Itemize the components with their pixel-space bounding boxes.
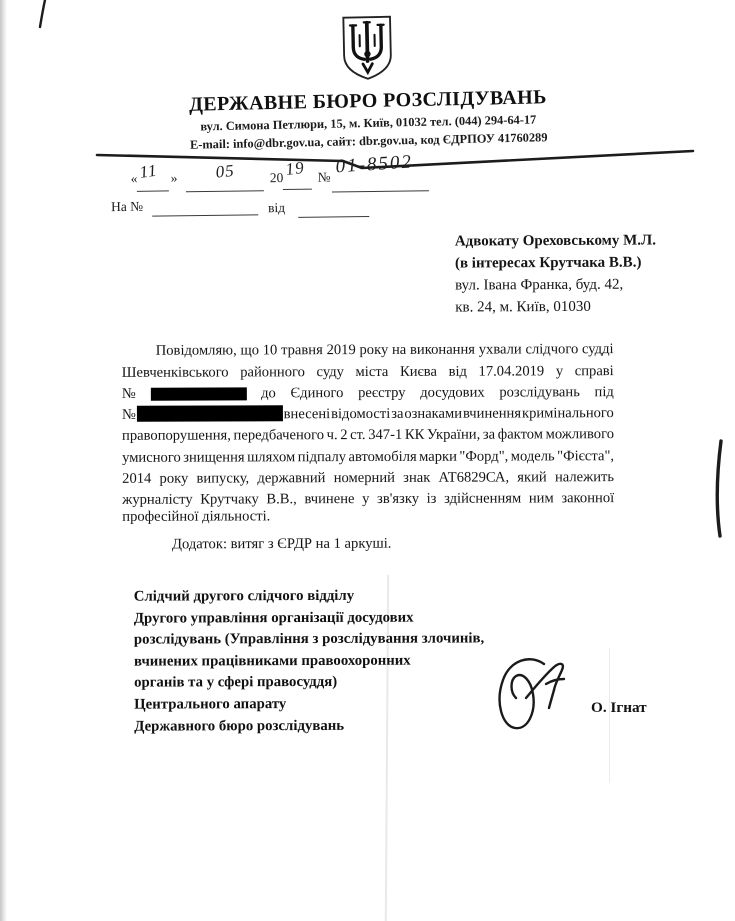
body-word: розслідувань: [499, 384, 580, 401]
body-word: Шевченківського: [122, 364, 229, 381]
ink-stroke-artifact: [717, 441, 721, 536]
body-word: до: [261, 385, 276, 402]
body-word: номерний: [334, 470, 395, 487]
body-word: за: [391, 406, 403, 423]
body-word: судді: [582, 341, 614, 358]
body-word: №: [122, 407, 136, 424]
body-word: ухвали: [479, 342, 522, 359]
body-word: ним: [529, 491, 554, 508]
handwritten-signature-icon: [488, 650, 592, 742]
body-word: травня: [281, 342, 323, 359]
body-line: Повідомляю,що10травня2019рокунавиконання…: [122, 337, 614, 360]
reference-block: « 11 » 05 20 19 № 01-8502 На № від: [0, 0, 735, 234]
body-word: 2014: [122, 471, 151, 488]
redaction-block: [137, 405, 283, 422]
close-quote: »: [171, 170, 178, 186]
body-word: знак: [403, 470, 430, 487]
body-word: районного: [240, 364, 305, 381]
body-word: під: [594, 384, 613, 401]
body-word: державний: [257, 470, 325, 487]
body-word: №: [122, 386, 136, 403]
body-word: передбаченого: [233, 428, 324, 445]
body-word: кримінального: [522, 405, 614, 422]
body-word: здійсненням: [444, 491, 521, 508]
month-blank-line: [186, 189, 264, 192]
body-word: із: [427, 491, 437, 508]
reply-number-blank-line: [152, 213, 258, 216]
body-word: на: [392, 342, 406, 359]
body-word: підпалу: [298, 449, 346, 466]
recipient-line: вул. Івана Франка, буд. 42,: [455, 273, 656, 296]
body-word: правопорушення,: [122, 428, 231, 445]
body-word: виконання: [410, 342, 475, 359]
signer-position-line: розслідувань (Управління з розслідування…: [134, 629, 484, 652]
body-word: 347-1: [368, 427, 402, 444]
body-word: журналісту: [122, 492, 192, 509]
body-word: випуску,: [197, 470, 250, 487]
body-line: №доЄдиногореєструдосудовихрозслідуваньпі…: [122, 380, 614, 403]
body-word: шляхом: [247, 449, 295, 466]
body-word: Крутчаку: [200, 492, 259, 509]
body-word: суду: [317, 364, 344, 381]
reply-date-blank-line: [298, 215, 369, 218]
signer-position-line: Державного бюро розслідувань: [134, 715, 484, 738]
handwritten-day: 11: [138, 161, 158, 183]
signer-position-line: Другого управління організації досудових: [134, 607, 484, 630]
body-word: досудових: [420, 384, 485, 401]
reply-to-label: На №: [111, 199, 143, 215]
signer-name: О. Ігнат: [591, 699, 647, 717]
body-word: 2019: [327, 342, 356, 359]
body-line: професійної діяльності.: [122, 508, 614, 531]
body-word: реєстру: [358, 385, 406, 402]
day-blank-line: [137, 189, 169, 191]
body-word: року: [359, 342, 388, 359]
body-line: правопорушення,передбаченогоч.2ст.347-1К…: [122, 422, 614, 445]
number-blank-line: [332, 189, 429, 192]
recipient-line: (в інтересах Крутчака В.В.): [455, 251, 656, 274]
recipient-line: Адвокату Ореховському М.Л.: [455, 229, 656, 252]
body-word: у: [362, 491, 369, 508]
signer-position-line: вчинених працівниками правоохоронних: [134, 650, 484, 673]
body-word: міста: [356, 364, 389, 381]
body-word: у: [556, 363, 563, 380]
body-word: належить: [555, 469, 614, 486]
body-word: 2: [340, 428, 347, 445]
body-word: України,: [427, 427, 480, 444]
redaction-block: [150, 387, 246, 400]
body-word: умисного: [122, 449, 181, 466]
signer-position-line: органів та у сфері правосуддя): [134, 672, 484, 695]
body-word: 10: [263, 343, 278, 360]
body-word: Києва: [400, 363, 437, 380]
body-word: який: [517, 469, 546, 486]
recipient-line: кв. 24, м. Київ, 01030: [455, 295, 656, 318]
scanned-letter-page: ДЕРЖАВНЕ БЮРО РОЗСЛІДУВАНЬ вул. Симона П…: [0, 0, 735, 921]
body-word: вчинене: [304, 491, 354, 508]
body-word: від: [449, 363, 467, 380]
body-word: АТ6829СА,: [439, 470, 510, 487]
body-word: законної: [561, 491, 614, 508]
attachment-line: Додаток: витяг з ЄРДР на 1 аркуші.: [172, 536, 391, 554]
body-word: "Форд",: [459, 448, 508, 465]
body-word: "Фієста",: [557, 448, 614, 465]
year-blank-line: [283, 188, 312, 190]
body-word: відомості: [331, 406, 390, 423]
handwritten-month: 05: [215, 161, 236, 183]
body-word: модель: [511, 448, 555, 465]
letter-body: Повідомляю,що10травня2019рокунавиконання…: [122, 337, 615, 530]
body-word: зв'язку: [377, 491, 419, 508]
body-word: року: [160, 471, 189, 488]
handwritten-year: 19: [285, 158, 306, 180]
body-word: справі: [575, 363, 614, 380]
reply-from-label: від: [268, 200, 285, 216]
body-line: №внесенівідомостізаознакамивчиненнякримі…: [122, 401, 614, 424]
signer-position-line: Центрального апарату: [134, 693, 484, 716]
open-quote: «: [131, 171, 138, 187]
handwritten-doc-number: 01-8502: [335, 151, 414, 178]
number-sign: №: [318, 169, 331, 185]
body-word: ч.: [327, 428, 338, 445]
body-word: ст.: [350, 427, 365, 444]
body-word: марки: [419, 448, 457, 465]
body-line: 2014рокувипуску,державнийномернийзнакАТ6…: [122, 465, 614, 488]
body-word: професійної діяльності.: [122, 509, 270, 526]
body-word: внесені: [284, 406, 331, 423]
body-word: що: [240, 343, 259, 360]
body-word: слідчого: [525, 342, 578, 359]
body-word: можливого: [546, 427, 614, 444]
recipient-block: Адвокату Ореховському М.Л. (в інтересах …: [455, 229, 657, 318]
body-line: умисногознищенняшляхомпідпалуавтомобілям…: [122, 444, 614, 467]
body-word: автомобіля: [348, 449, 416, 466]
body-word: вчинення: [463, 406, 521, 423]
signer-position-block: Слідчий другого слідчого відділу Другого…: [134, 585, 485, 737]
body-line: журналістуКрутчакуВ.В.,вчиненеузв'язкуіз…: [122, 486, 614, 509]
body-word: фактом: [498, 427, 543, 444]
body-word: знищення: [183, 449, 244, 466]
signer-position-line: Слідчий другого слідчого відділу: [134, 585, 484, 608]
body-word: КК: [405, 427, 425, 444]
body-word: Єдиного: [290, 385, 343, 402]
body-line: ШевченківськогорайонногосудумістаКиєваві…: [122, 358, 614, 381]
body-word: 17.04.2019: [479, 363, 545, 380]
body-word: В.В.,: [266, 492, 296, 509]
body-word: ознаками: [404, 406, 462, 423]
body-word: за: [483, 427, 495, 444]
year-prefix: 20: [270, 170, 284, 186]
body-word: Повідомляю,: [156, 343, 237, 360]
